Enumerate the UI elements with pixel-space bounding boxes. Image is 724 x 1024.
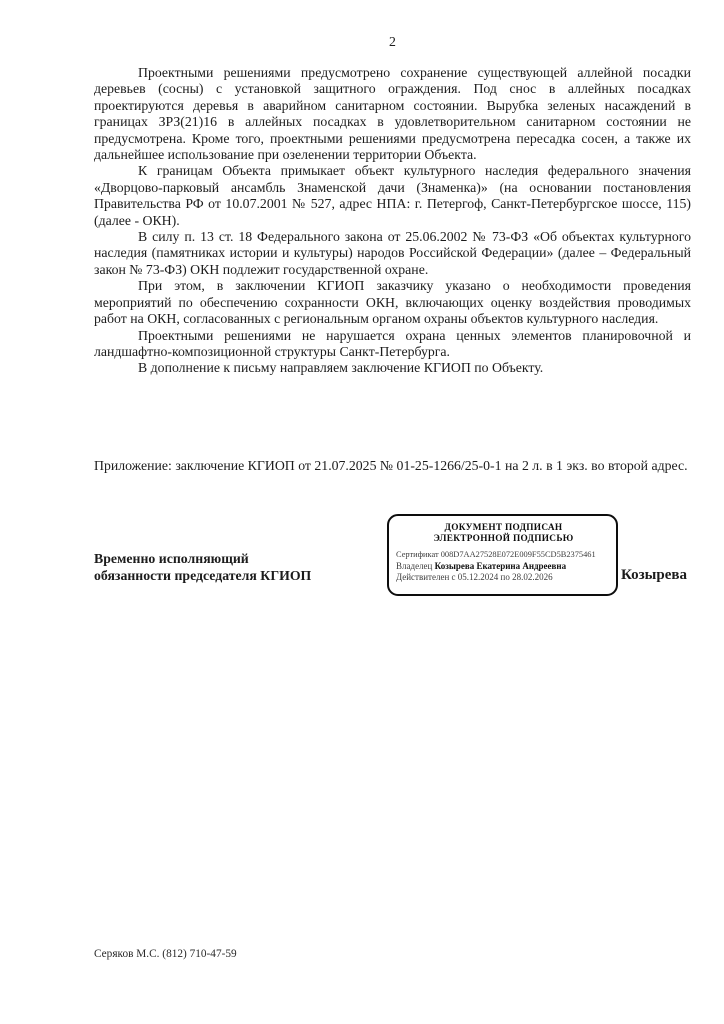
certificate-value: 008D7AA27528E072E009F55CD5B2375461	[441, 550, 596, 559]
paragraph-3: В силу п. 13 ст. 18 Федерального закона …	[94, 229, 691, 278]
stamp-details: Сертификат 008D7AA27528E072E009F55CD5B23…	[396, 549, 611, 584]
signer-title: Временно исполняющий обязанности председ…	[94, 551, 394, 584]
attachment-note: Приложение: заключение КГИОП от 21.07.20…	[94, 458, 691, 474]
owner-line: Владелец Козырева Екатерина Андреевна	[396, 561, 611, 573]
document-page: 2 Проектными решениями предусмотрено сох…	[0, 0, 724, 1024]
certificate-label: Сертификат	[396, 550, 439, 559]
paragraph-1: Проектными решениями предусмотрено сохра…	[94, 65, 691, 163]
signer-surname: Козырева	[621, 567, 687, 584]
paragraph-4: При этом, в заключении КГИОП заказчику у…	[94, 278, 691, 327]
stamp-title-line1: ДОКУМЕНТ ПОДПИСАН	[396, 523, 611, 534]
executor-contact: Серяков М.С. (812) 710-47-59	[94, 948, 237, 960]
paragraph-5: Проектными решениями не нарушается охран…	[94, 328, 691, 361]
stamp-title-line2: ЭЛЕКТРОННОЙ ПОДПИСЬЮ	[396, 534, 611, 545]
signer-title-line2: обязанности председателя КГИОП	[94, 568, 394, 585]
owner-label: Владелец	[396, 561, 432, 571]
letter-body: Проектными решениями предусмотрено сохра…	[94, 65, 691, 377]
paragraph-2: К границам Объекта примыкает объект куль…	[94, 163, 691, 229]
digital-signature-stamp: ДОКУМЕНТ ПОДПИСАН ЭЛЕКТРОННОЙ ПОДПИСЬЮ С…	[387, 514, 618, 596]
page-number: 2	[94, 34, 691, 50]
validity-line: Действителен с 05.12.2024 по 28.02.2026	[396, 572, 611, 584]
paragraph-6: В дополнение к письму направляем заключе…	[94, 360, 691, 376]
certificate-line: Сертификат 008D7AA27528E072E009F55CD5B23…	[396, 549, 611, 561]
owner-name: Козырева Екатерина Андреевна	[435, 561, 566, 571]
signer-title-line1: Временно исполняющий	[94, 551, 394, 568]
